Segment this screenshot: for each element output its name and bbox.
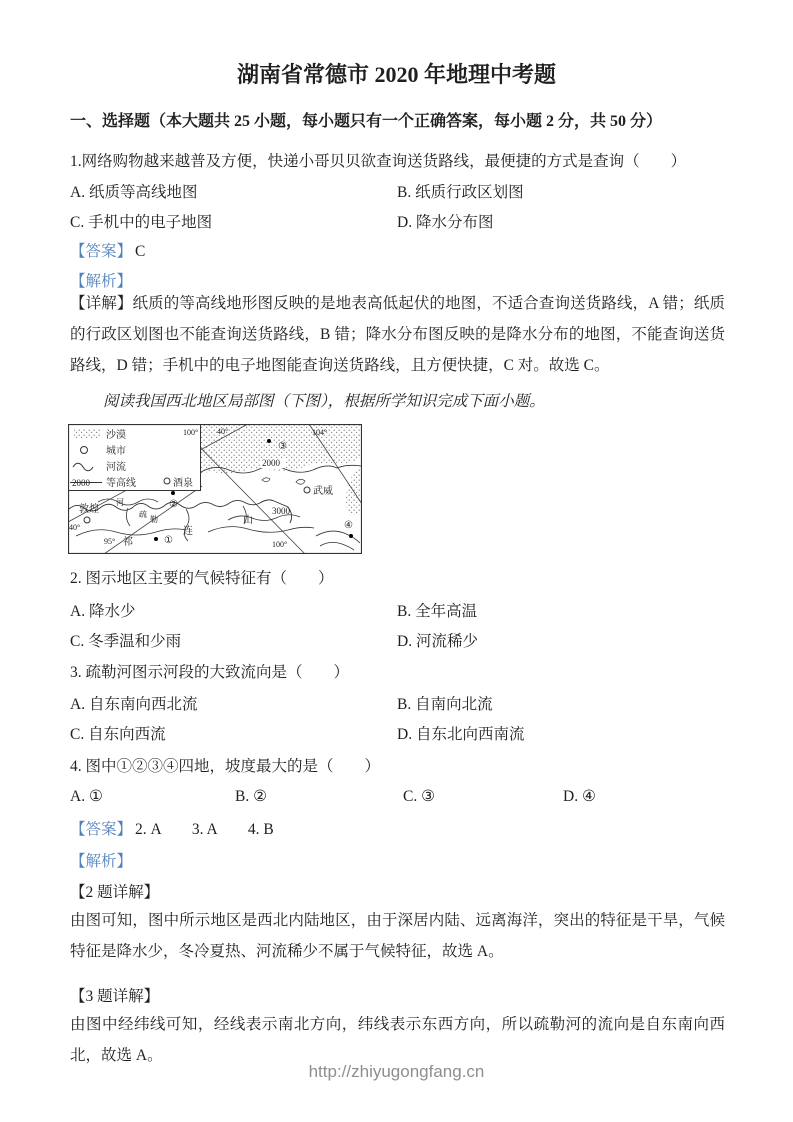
q4-option-d: D. ④: [563, 787, 596, 806]
exam-document-page: 湖南省常德市 2020 年地理中考题 一、选择题（本大题共 25 小题，每小题只…: [0, 0, 793, 1122]
desert-area-east: [346, 464, 361, 515]
q1-answer-line: 【答案】C: [70, 239, 145, 261]
detail-2-title: 【2 题详解】: [70, 880, 159, 902]
legend-contour-label: 等高线: [106, 476, 136, 489]
dunhuang-label: 敦煌: [79, 502, 99, 515]
q1-option-c: C. 手机中的电子地图: [70, 210, 212, 232]
label-lon100-bottom: 100°: [272, 540, 287, 549]
point-1-dot: [154, 537, 158, 541]
ridge-southeast: [316, 531, 360, 550]
q2-option-c: C. 冬季温和少雨: [70, 629, 181, 651]
oasis-blob-1: [296, 479, 305, 484]
detail-2-paragraph: 由图可知，图中所示地区是西北内陆地区，由于深居内陆、远离海洋，突出的特征是干旱，…: [70, 905, 725, 967]
label-lat40-top: 40°: [217, 427, 228, 436]
jiuquan-label: 酒泉: [173, 476, 193, 489]
legend-city-label: 城市: [106, 444, 126, 457]
river-name-shu: 疏: [139, 509, 147, 519]
q3-option-a: A. 自东南向西北流: [70, 692, 197, 714]
northwest-china-map: 沙漠 城市 河流 2000 等高线 40° 95° 100° 40° 104° …: [68, 424, 362, 554]
q3-option-b: B. 自南向北流: [397, 692, 493, 714]
legend-city-icon: [81, 447, 88, 454]
group-answer-line: 【答案】2. A 3. A 4. B: [70, 817, 274, 839]
wuwei-city-marker: [304, 487, 310, 493]
point-1-label: ①: [164, 535, 173, 546]
q1-answer-value: C: [135, 243, 145, 260]
q1-detail-paragraph: 【详解】纸质的等高线地形图反映的是地表高低起伏的地图，不适合查询送货路线，A 错…: [70, 288, 725, 381]
legend-contour-value: 2000: [72, 478, 91, 488]
label-lon104: 104°: [312, 428, 327, 437]
point-3-dot: [267, 439, 271, 443]
group-answer-values: 2. A 3. A 4. B: [135, 821, 274, 838]
q4-option-b: B. ②: [235, 787, 267, 806]
label-lon95: 95°: [104, 537, 115, 546]
answer-marker: 【答案】: [70, 243, 132, 260]
detail-3-title: 【3 题详解】: [70, 984, 159, 1006]
contour-3000-label: 3000: [272, 506, 291, 516]
label-lon100-top: 100°: [183, 428, 198, 437]
analysis-marker: 【解析】: [70, 853, 132, 870]
qilian-qi-label: 祁: [123, 536, 133, 548]
legend-desert-label: 沙漠: [106, 428, 126, 441]
dunhuang-city-marker: [84, 517, 90, 523]
reading-passage: 阅读我国西北地区局部图（下图），根据所学知识完成下面小题。: [103, 389, 545, 411]
watermark-url: http://zhiyugongfang.cn: [0, 1062, 793, 1082]
question-2-text: 2. 图示地区主要的气候特征有（ ）: [70, 566, 334, 588]
qilian-shan-label: 山: [243, 513, 253, 526]
group-analysis-line: 【解析】: [70, 849, 132, 871]
legend-desert-swatch: [74, 429, 100, 438]
contour-2000-label: 2000: [262, 458, 281, 468]
river-name-le: 勒: [150, 514, 158, 524]
oasis-blob-2: [262, 478, 270, 482]
ridge-east: [208, 527, 314, 533]
answer-marker: 【答案】: [70, 821, 132, 838]
q2-option-a: A. 降水少: [70, 599, 135, 621]
question-3-text: 3. 疏勒河图示河段的大致流向是（ ）: [70, 660, 349, 682]
point-4-dot: [349, 534, 353, 538]
q1-option-a: A. 纸质等高线地图: [70, 180, 197, 202]
q1-option-d: D. 降水分布图: [397, 210, 493, 232]
q3-option-c: C. 自东向西流: [70, 722, 166, 744]
q2-option-d: D. 河流稀少: [397, 629, 478, 651]
label-lat40-left: 40°: [69, 523, 80, 532]
river-tributary-3: [126, 508, 130, 526]
q4-option-c: C. ③: [403, 787, 435, 806]
point-3-label: ③: [278, 441, 287, 452]
q2-option-b: B. 全年高温: [397, 599, 477, 621]
wuwei-label: 武威: [313, 484, 333, 497]
question-1-text: 1.网络购物越来越普及方便，快递小哥贝贝欲查询送货路线，最便捷的方式是查询（ ）: [70, 149, 686, 171]
q3-option-d: D. 自东北向西南流: [397, 722, 524, 744]
section-header: 一、选择题（本大题共 25 小题，每小题只有一个正确答案，每小题 2 分，共 5…: [70, 108, 662, 131]
point-2-label: ②: [169, 499, 178, 510]
point-4-label: ④: [344, 520, 353, 531]
legend-river-label: 河流: [106, 460, 126, 473]
page-title: 湖南省常德市 2020 年地理中考题: [0, 58, 793, 89]
jiuquan-city-marker: [164, 478, 170, 484]
q1-option-b: B. 纸质行政区划图: [397, 180, 524, 202]
point-2-dot: [171, 491, 175, 495]
river-name-he: 河: [116, 498, 124, 507]
qilian-lian-label: 连: [183, 525, 193, 537]
q4-option-a: A. ①: [70, 787, 103, 806]
question-4-text: 4. 图中①②③④四地，坡度最大的是（ ）: [70, 754, 380, 776]
